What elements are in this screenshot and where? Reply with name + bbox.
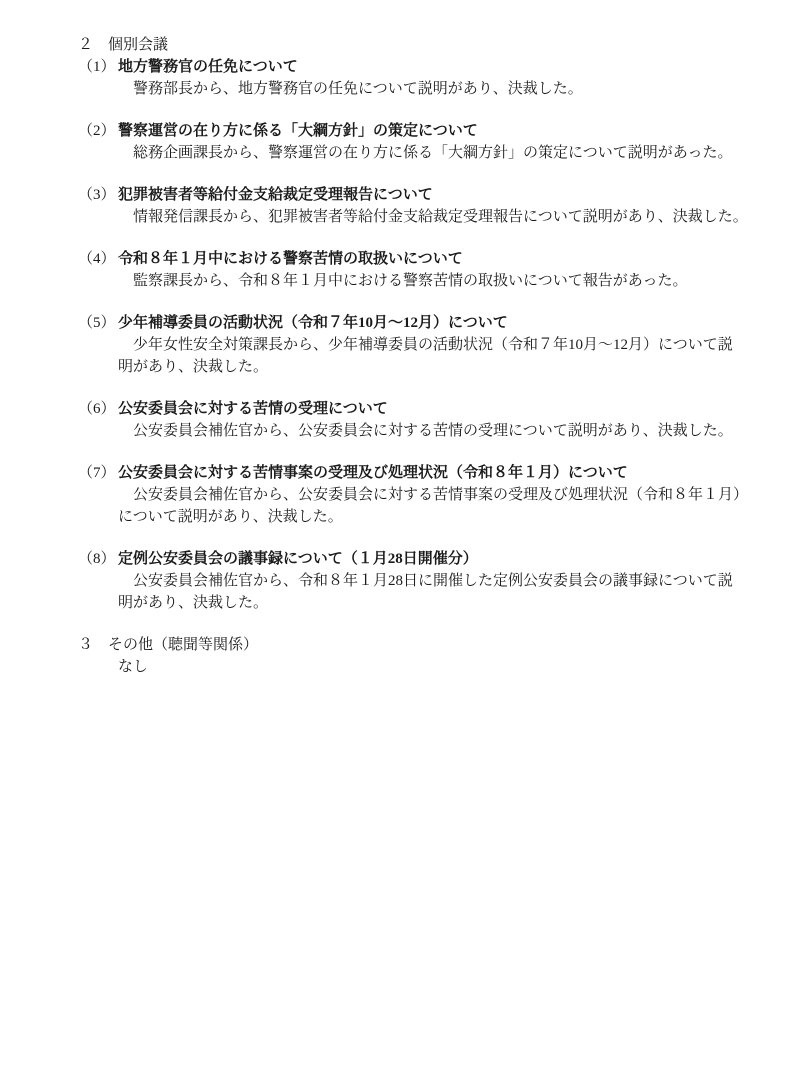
part2-number: ２: [78, 34, 108, 56]
agenda-item-8: （8）定例公安委員会の議事録について（１月28日開催分） 公安委員会補佐官から、…: [78, 548, 748, 614]
agenda-item-4-body: 監察課長から、令和８年１月中における警察苦情の取扱いについて報告があった。: [118, 270, 750, 292]
agenda-item-3-title: 犯罪被害者等給付金支給裁定受理報告について: [118, 187, 433, 203]
agenda-item-6-marker: （6）: [78, 398, 118, 420]
agenda-item-7-title: 公安委員会に対する苦情事案の受理及び処理状況（令和８年１月）について: [118, 465, 628, 481]
agenda-item-6-body: 公安委員会補佐官から、公安委員会に対する苦情の受理について説明があり、決裁した。: [118, 420, 750, 442]
agenda-item-2-marker: （2）: [78, 120, 118, 142]
agenda-item-7: （7）公安委員会に対する苦情事案の受理及び処理状況（令和８年１月）について 公安…: [78, 462, 748, 528]
agenda-item-1-body: 警務部長から、地方警務官の任免について説明があり、決裁した。: [118, 78, 750, 100]
agenda-item-3-body: 情報発信課長から、犯罪被害者等給付金支給裁定受理報告について説明があり、決裁した…: [118, 206, 750, 228]
agenda-item-1-marker: （1）: [78, 56, 118, 78]
agenda-item-6-title: 公安委員会に対する苦情の受理について: [118, 401, 388, 417]
agenda-item-8-heading: （8）定例公安委員会の議事録について（１月28日開催分）: [78, 548, 748, 570]
agenda-item-4: （4）令和８年１月中における警察苦情の取扱いについて 監察課長から、令和８年１月…: [78, 248, 748, 292]
agenda-item-7-heading: （7）公安委員会に対する苦情事案の受理及び処理状況（令和８年１月）について: [78, 462, 748, 484]
agenda-item-2: （2）警察運営の在り方に係る「大綱方針」の策定について 総務企画課長から、警察運…: [78, 120, 748, 164]
agenda-item-5: （5）少年補導委員の活動状況（令和７年10月～12月）について 少年女性安全対策…: [78, 312, 748, 378]
part2-heading: 個別会議: [108, 37, 168, 53]
part2-heading-line: ２個別会議: [78, 34, 748, 56]
agenda-item-8-body: 公安委員会補佐官から、令和８年１月28日に開催した定例公安委員会の議事録について…: [118, 570, 750, 614]
agenda-item-8-marker: （8）: [78, 548, 118, 570]
agenda-item-2-heading: （2）警察運営の在り方に係る「大綱方針」の策定について: [78, 120, 748, 142]
agenda-item-6: （6）公安委員会に対する苦情の受理について 公安委員会補佐官から、公安委員会に対…: [78, 398, 748, 442]
agenda-item-5-heading: （5）少年補導委員の活動状況（令和７年10月～12月）について: [78, 312, 748, 334]
agenda-item-4-title: 令和８年１月中における警察苦情の取扱いについて: [118, 251, 463, 267]
part3-number: ３: [78, 634, 108, 656]
document-page: ２個別会議 （1）地方警務官の任免について 警務部長から、地方警務官の任免につい…: [0, 0, 800, 1073]
agenda-item-5-title: 少年補導委員の活動状況（令和７年10月～12月）について: [118, 315, 508, 331]
agenda-item-2-title: 警察運営の在り方に係る「大綱方針」の策定について: [118, 123, 478, 139]
agenda-item-3-heading: （3）犯罪被害者等給付金支給裁定受理報告について: [78, 184, 748, 206]
agenda-item-5-marker: （5）: [78, 312, 118, 334]
agenda-item-8-title: 定例公安委員会の議事録について（１月28日開催分）: [118, 551, 478, 567]
agenda-item-2-body: 総務企画課長から、警察運営の在り方に係る「大綱方針」の策定について説明があった。: [118, 142, 750, 164]
part3-heading-line: ３その他（聴聞等関係）: [78, 634, 748, 656]
agenda-item-4-heading: （4）令和８年１月中における警察苦情の取扱いについて: [78, 248, 748, 270]
agenda-item-5-body: 少年女性安全対策課長から、少年補導委員の活動状況（令和７年10月～12月）につい…: [118, 334, 750, 378]
agenda-item-7-marker: （7）: [78, 462, 118, 484]
agenda-item-1-heading: （1）地方警務官の任免について: [78, 56, 748, 78]
agenda-item-4-marker: （4）: [78, 248, 118, 270]
part3-body: なし: [118, 656, 748, 678]
agenda-item-3: （3）犯罪被害者等給付金支給裁定受理報告について 情報発信課長から、犯罪被害者等…: [78, 184, 748, 228]
agenda-item-1-title: 地方警務官の任免について: [118, 59, 298, 75]
agenda-item-1: （1）地方警務官の任免について 警務部長から、地方警務官の任免について説明があり…: [78, 56, 748, 100]
agenda-item-6-heading: （6）公安委員会に対する苦情の受理について: [78, 398, 748, 420]
agenda-item-3-marker: （3）: [78, 184, 118, 206]
agenda-item-7-body: 公安委員会補佐官から、公安委員会に対する苦情事案の受理及び処理状況（令和８年１月…: [118, 484, 750, 528]
part3-heading: その他（聴聞等関係）: [108, 637, 258, 653]
